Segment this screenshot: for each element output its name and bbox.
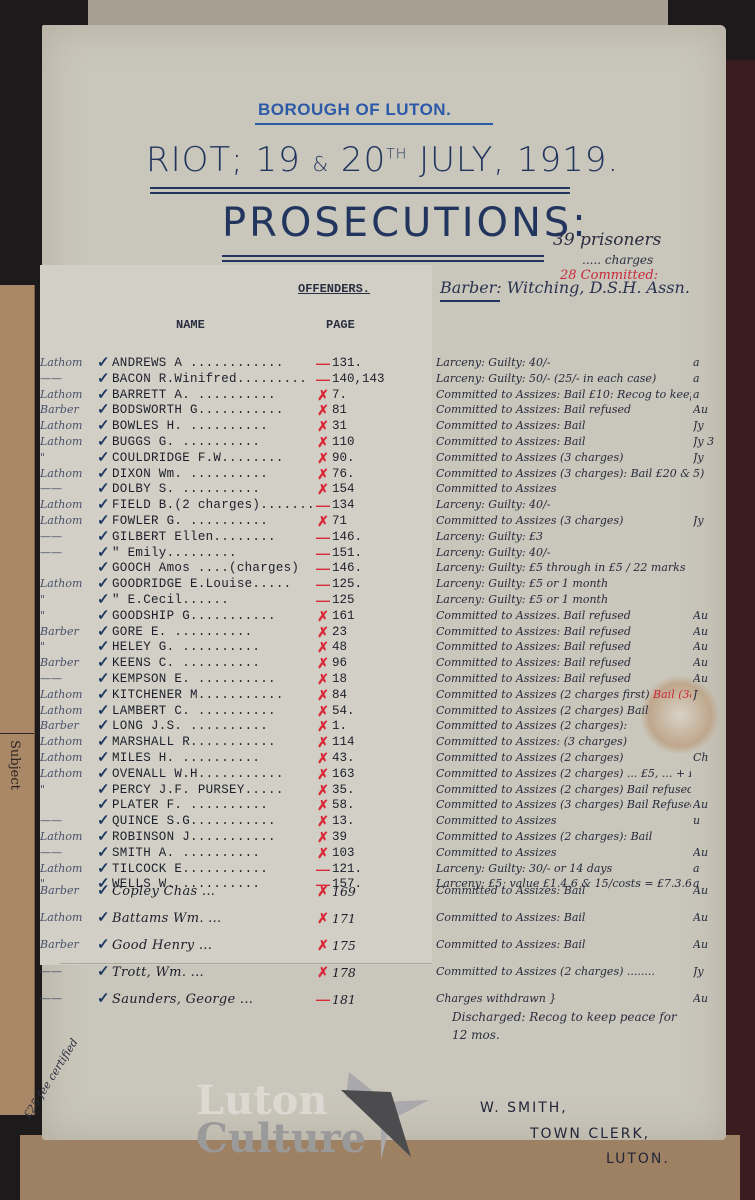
sentence-note: u bbox=[693, 814, 723, 827]
page-number: 146. bbox=[332, 530, 362, 544]
prosecutions-title: PROSECUTIONS: bbox=[222, 200, 589, 246]
case-result: Committed to Assizes (2 charges) .......… bbox=[436, 965, 691, 978]
case-result: Committed to Assizes (2 charges) bbox=[436, 751, 691, 764]
case-result: Committed to Assizes: Bail refused bbox=[436, 672, 691, 685]
sentence-note: Jy bbox=[693, 514, 723, 527]
checkmark-icon: ✓ bbox=[97, 577, 110, 591]
offender-name: PLATER F. .......... bbox=[112, 798, 268, 812]
table-row: Barber✓Copley Chas ...✗169Committed to A… bbox=[0, 884, 755, 900]
riot-title-sup: TH bbox=[386, 147, 407, 163]
offender-name: LONG J.S. .......... bbox=[112, 719, 268, 733]
sentence-note: Au bbox=[693, 625, 723, 638]
sentence-note: a bbox=[693, 862, 723, 875]
checkmark-icon: ✓ bbox=[97, 688, 110, 702]
result-text: Committed to Assizes: (3 charges) bbox=[436, 735, 627, 748]
sentence-note: Au bbox=[693, 798, 723, 811]
status-mark-icon: ✗ bbox=[316, 965, 330, 979]
prosecutor-margin-note: Lathom bbox=[40, 735, 96, 748]
result-text: Committed to Assizes (3 charges) Bail Re… bbox=[436, 798, 691, 811]
page-number: 18 bbox=[332, 672, 347, 686]
checkmark-icon: ✓ bbox=[97, 830, 110, 844]
status-mark-icon: ✗ bbox=[316, 911, 330, 925]
case-result: Committed to Assizes: Bail bbox=[436, 435, 691, 448]
checkmark-icon: ✓ bbox=[97, 609, 110, 623]
offender-name: FIELD B.(2 charges)....... bbox=[112, 498, 315, 512]
sentence-note: Au bbox=[693, 640, 723, 653]
status-mark-icon: — bbox=[316, 546, 330, 560]
prosecutor-margin-note: Lathom bbox=[40, 751, 96, 764]
sentence-note: Au bbox=[693, 403, 723, 416]
status-mark-icon: ✗ bbox=[316, 672, 330, 686]
offender-name: ANDREWS A ............ bbox=[112, 356, 284, 370]
prosecutor-margin-note: Lathom bbox=[40, 498, 96, 511]
offender-name: GILBERT Ellen........ bbox=[112, 530, 276, 544]
offender-name: Battams Wm. ... bbox=[112, 911, 221, 926]
offender-name: " E.Cecil...... bbox=[112, 593, 229, 607]
page-number: 131. bbox=[332, 356, 362, 370]
sentence-note: Au bbox=[693, 846, 723, 859]
case-result: Charges withdrawn } bbox=[436, 992, 691, 1005]
result-text: Committed to Assizes: Bail refused bbox=[436, 656, 631, 669]
heading-underline bbox=[255, 123, 493, 125]
checkmark-icon: ✓ bbox=[97, 672, 110, 686]
checkmark-icon: ✓ bbox=[97, 862, 110, 876]
prosecutor-margin-note: Lathom bbox=[40, 911, 96, 924]
status-mark-icon: — bbox=[316, 530, 330, 544]
table-row: ✓PLATER F. ..........✗58.Committed to As… bbox=[0, 798, 755, 814]
offender-name: GOODSHIP G........... bbox=[112, 609, 276, 623]
result-text: Larceny: Guilty: 50/- (25/- in each case… bbox=[436, 372, 656, 385]
riot-title: RIOT; 19 & 20TH JULY, 1919. bbox=[146, 140, 619, 180]
prosecutor-margin-note: —— bbox=[40, 372, 96, 385]
result-red-note: Bail (38/-) bbox=[650, 688, 691, 701]
prosecutor-margin-note: Barber bbox=[40, 656, 96, 669]
result-text: Committed to Assizes (2 charges) .......… bbox=[436, 965, 655, 978]
status-mark-icon: ✗ bbox=[316, 388, 330, 402]
table-row: ——✓KEMPSON E. ..........✗18Committed to … bbox=[0, 672, 755, 688]
prisoners-count-note: 39 prisoners bbox=[553, 230, 661, 250]
result-text: Committed to Assizes bbox=[436, 482, 557, 495]
status-mark-icon: ✗ bbox=[316, 830, 330, 844]
barber-note: Barber: Witching, D.S.H. Assn. bbox=[440, 278, 690, 297]
case-result: Committed to Assizes: (3 charges) bbox=[436, 735, 691, 748]
case-result: Larceny: Guilty: £3 bbox=[436, 530, 691, 543]
checkmark-icon: ✓ bbox=[97, 656, 110, 670]
page-number: 48 bbox=[332, 640, 347, 654]
sentence-note: Au bbox=[693, 656, 723, 669]
prosecutions-rule-2 bbox=[222, 260, 544, 262]
result-text: Larceny: Guilty: £5 or 1 month bbox=[436, 593, 608, 606]
prosecutor-margin-note: " bbox=[40, 593, 96, 606]
checkmark-icon: ✓ bbox=[97, 798, 110, 812]
page-number: 163 bbox=[332, 767, 355, 781]
table-row: Barber✓BODSWORTH G...........✗81Committe… bbox=[0, 403, 755, 419]
prosecutor-margin-note: Barber bbox=[40, 403, 96, 416]
status-mark-icon: ✗ bbox=[316, 767, 330, 781]
offender-name: " Emily......... bbox=[112, 546, 237, 560]
signature-title: TOWN CLERK, bbox=[530, 1126, 650, 1142]
status-mark-icon: ✗ bbox=[316, 751, 330, 765]
case-result: Committed to Assizes (3 charges) Bail Re… bbox=[436, 798, 691, 811]
prosecutions-rule-1 bbox=[222, 255, 544, 257]
riot-title-main: RIOT; 19 bbox=[146, 140, 313, 180]
result-text: Committed to Assizes (2 charges) Bail bbox=[436, 704, 649, 717]
case-result: Larceny: Guilty: 30/- or 14 days bbox=[436, 862, 691, 875]
status-mark-icon: ✗ bbox=[316, 719, 330, 733]
checkmark-icon: ✓ bbox=[97, 783, 110, 797]
checkmark-icon: ✓ bbox=[97, 846, 110, 860]
offender-name: Trott, Wm. ... bbox=[112, 965, 204, 980]
case-result: Committed to Assizes: Bail refused bbox=[436, 625, 691, 638]
title-rule-2 bbox=[150, 192, 570, 194]
checkmark-icon: ✓ bbox=[97, 767, 110, 781]
status-mark-icon: — bbox=[316, 356, 330, 370]
case-result: Committed to Assizes bbox=[436, 846, 691, 859]
table-row: Lathom✓GOODRIDGE E.Louise.....—125.Larce… bbox=[0, 577, 755, 593]
sentence-note: a bbox=[693, 372, 723, 385]
fold-line bbox=[60, 963, 432, 964]
signature-name: W. SMITH, bbox=[480, 1100, 568, 1116]
case-result: Larceny: Guilty: £5 through in £5 / 22 m… bbox=[436, 561, 691, 574]
page-number: 1. bbox=[332, 719, 347, 733]
riot-title-amp: & bbox=[313, 152, 330, 176]
offender-name: SMITH A. .......... bbox=[112, 846, 260, 860]
case-result: Larceny: Guilty: £5 or 1 month bbox=[436, 577, 691, 590]
case-result: Committed to Assizes: Bail refused bbox=[436, 403, 691, 416]
status-mark-icon: — bbox=[316, 862, 330, 876]
case-result: Committed to Assizes (2 charges) Bail re… bbox=[436, 783, 691, 796]
status-mark-icon: — bbox=[316, 593, 330, 607]
checkmark-icon: ✓ bbox=[97, 704, 110, 718]
result-text: Committed to Assizes (3 charges): Bail £… bbox=[436, 467, 691, 480]
case-result: Committed to Assizes (2 charges): bbox=[436, 719, 691, 732]
page-number: 171 bbox=[332, 911, 356, 926]
table-row: ——✓SMITH A. ..........✗103Committed to A… bbox=[0, 846, 755, 862]
prosecutor-margin-note: " bbox=[40, 451, 96, 464]
case-result: Committed to Assizes (2 charges first) B… bbox=[436, 688, 691, 701]
offender-name: Saunders, George ... bbox=[112, 992, 253, 1007]
prosecutor-margin-note: —— bbox=[40, 814, 96, 827]
page-number: 96 bbox=[332, 656, 347, 670]
table-row: ——✓GILBERT Ellen........—146.Larceny: Gu… bbox=[0, 530, 755, 546]
offender-name: GORE E. .......... bbox=[112, 625, 252, 639]
prosecutor-margin-note: Lathom bbox=[40, 830, 96, 843]
status-mark-icon: ✗ bbox=[316, 938, 330, 952]
star-logo-icon bbox=[341, 1062, 431, 1162]
table-row: Barber✓KEENS C. ..........✗96Committed t… bbox=[0, 656, 755, 672]
page-number: 169 bbox=[332, 884, 356, 899]
status-mark-icon: — bbox=[316, 992, 330, 1006]
page-number: 23 bbox=[332, 625, 347, 639]
checkmark-icon: ✓ bbox=[97, 625, 110, 639]
status-mark-icon: ✗ bbox=[316, 514, 330, 528]
page-number: 76. bbox=[332, 467, 355, 481]
case-result: Committed to Assizes bbox=[436, 814, 691, 827]
table-row: ✓GOOCH Amos ....(charges)—146.Larceny: G… bbox=[0, 561, 755, 577]
case-result: Committed to Assizes (3 charges) bbox=[436, 451, 691, 464]
checkmark-icon: ✓ bbox=[97, 498, 110, 512]
table-row: "✓" E.Cecil......—125Larceny: Guilty: £5… bbox=[0, 593, 755, 609]
prosecutor-margin-note: Lathom bbox=[40, 419, 96, 432]
table-row: ——✓DOLBY S. ..........✗154Committed to A… bbox=[0, 482, 755, 498]
page-number: 140,143 bbox=[332, 372, 385, 386]
result-text: Charges withdrawn } bbox=[436, 992, 556, 1005]
result-text: Committed to Assizes (2 charges): Bail bbox=[436, 830, 652, 843]
table-row: Lathom✓BUGGS G. ..........✗110Committed … bbox=[0, 435, 755, 451]
prosecutor-margin-note: " bbox=[40, 783, 96, 796]
result-text: Committed to Assizes: Bail refused bbox=[436, 640, 631, 653]
status-mark-icon: ✗ bbox=[316, 482, 330, 496]
offender-name: BODSWORTH G........... bbox=[112, 403, 284, 417]
result-text: Committed to Assizes (3 charges) bbox=[436, 514, 623, 527]
page-number: 7. bbox=[332, 388, 347, 402]
result-text: Larceny: Guilty: £5 or 1 month bbox=[436, 577, 608, 590]
status-mark-icon: ✗ bbox=[316, 846, 330, 860]
checkmark-icon: ✓ bbox=[97, 451, 110, 465]
status-mark-icon: ✗ bbox=[316, 467, 330, 481]
page-number: 90. bbox=[332, 451, 355, 465]
status-mark-icon: ✗ bbox=[316, 783, 330, 797]
offender-name: DIXON Wm. .......... bbox=[112, 467, 268, 481]
result-text: Committed to Assizes (3 charges) bbox=[436, 451, 623, 464]
checkmark-icon: ✓ bbox=[97, 911, 110, 925]
result-text: Committed to Assizes: Bail bbox=[436, 911, 585, 924]
status-mark-icon: ✗ bbox=[316, 419, 330, 433]
page-number: 39 bbox=[332, 830, 347, 844]
offender-name: GOOCH Amos ....(charges) bbox=[112, 561, 299, 575]
offender-name: COULDRIDGE F.W........ bbox=[112, 451, 284, 465]
table-row: Lathom✓FOWLER G. ..........✗71Committed … bbox=[0, 514, 755, 530]
offender-name: QUINCE S.G........... bbox=[112, 814, 276, 828]
result-text: Committed to Assizes: Bail refused bbox=[436, 625, 631, 638]
status-mark-icon: ✗ bbox=[316, 451, 330, 465]
offender-name: MARSHALL R........... bbox=[112, 735, 276, 749]
prosecutor-margin-note: Lathom bbox=[40, 514, 96, 527]
offender-name: DOLBY S. .......... bbox=[112, 482, 260, 496]
prosecutor-margin-note: " bbox=[40, 609, 96, 622]
result-text: Committed to Assizes: Bail bbox=[436, 884, 585, 897]
case-result: Larceny: Guilty: 50/- (25/- in each case… bbox=[436, 372, 691, 385]
case-result: Committed to Assizes: Bail £10: Recog to… bbox=[436, 388, 691, 401]
status-mark-icon: — bbox=[316, 372, 330, 386]
prosecutor-margin-note: Lathom bbox=[40, 688, 96, 701]
offender-name: PERCY J.F. PURSEY..... bbox=[112, 783, 284, 797]
prosecutor-margin-note: Lathom bbox=[40, 577, 96, 590]
table-row: Lathom✓MARSHALL R...........✗114Committe… bbox=[0, 735, 755, 751]
page-number: 103 bbox=[332, 846, 355, 860]
result-text: Larceny: Guilty: 40/- bbox=[436, 546, 550, 559]
status-mark-icon: ✗ bbox=[316, 656, 330, 670]
offenders-heading: OFFENDERS. bbox=[298, 282, 370, 296]
page-number: 13. bbox=[332, 814, 355, 828]
offender-name: BARRETT A. .......... bbox=[112, 388, 276, 402]
case-result: Larceny: Guilty: 40/- bbox=[436, 498, 691, 511]
checkmark-icon: ✓ bbox=[97, 992, 110, 1006]
result-text: Committed to Assizes (2 charges) ... £5,… bbox=[436, 767, 691, 780]
prosecutor-margin-note: —— bbox=[40, 546, 96, 559]
sentence-note: Ch bbox=[693, 751, 723, 764]
case-result: Larceny: Guilty: 40/- bbox=[436, 546, 691, 559]
page-number: 181 bbox=[332, 992, 356, 1007]
checkmark-icon: ✓ bbox=[97, 593, 110, 607]
case-result: Larceny: Guilty: £5 or 1 month bbox=[436, 593, 691, 606]
checkmark-icon: ✓ bbox=[97, 372, 110, 386]
offender-name: ROBINSON J........... bbox=[112, 830, 276, 844]
offender-name: KEMPSON E. .......... bbox=[112, 672, 276, 686]
checkmark-icon: ✓ bbox=[97, 356, 110, 370]
status-mark-icon: — bbox=[316, 577, 330, 591]
table-row: Lathom✓Battams Wm. ...✗171Committed to A… bbox=[0, 911, 755, 927]
table-row: Lathom✓FIELD B.(2 charges).......—134Lar… bbox=[0, 498, 755, 514]
offender-name: OVENALL W.H........... bbox=[112, 767, 284, 781]
sentence-note: a bbox=[693, 388, 723, 401]
prosecutor-margin-note: Lathom bbox=[40, 862, 96, 875]
sentence-note: Au bbox=[693, 992, 723, 1005]
status-mark-icon: ✗ bbox=[316, 688, 330, 702]
page-number: 43. bbox=[332, 751, 355, 765]
table-row: Lathom✓OVENALL W.H...........✗163Committ… bbox=[0, 767, 755, 783]
status-mark-icon: ✗ bbox=[316, 798, 330, 812]
result-text: Larceny: Guilty: 40/- bbox=[436, 498, 550, 511]
page-number: 146. bbox=[332, 561, 362, 575]
offender-name: HELEY G. .......... bbox=[112, 640, 260, 654]
riot-title-day: 20 bbox=[329, 140, 386, 180]
checkmark-icon: ✓ bbox=[97, 419, 110, 433]
result-text: Larceny: Guilty: £3 bbox=[436, 530, 543, 543]
offender-name: MILES H. .......... bbox=[112, 751, 260, 765]
result-text: Committed to Assizes (2 charges) Bail re… bbox=[436, 783, 691, 796]
sentence-note: Au bbox=[693, 672, 723, 685]
prosecutor-margin-note: —— bbox=[40, 992, 96, 1005]
prosecutor-margin-note: " bbox=[40, 640, 96, 653]
prosecutor-margin-note: —— bbox=[40, 530, 96, 543]
sentence-note: a bbox=[693, 356, 723, 369]
page-number: 175 bbox=[332, 938, 356, 953]
signature-place: LUTON. bbox=[606, 1151, 670, 1167]
case-result: Committed to Assizes (2 charges) Bail bbox=[436, 704, 691, 717]
result-text: Committed to Assizes: Bail bbox=[436, 938, 585, 951]
page-number: 81 bbox=[332, 403, 347, 417]
table-row: Lathom✓BARRETT A. ..........✗7.Committed… bbox=[0, 388, 755, 404]
page-number: 114 bbox=[332, 735, 355, 749]
checkmark-icon: ✓ bbox=[97, 719, 110, 733]
page-number: 154 bbox=[332, 482, 355, 496]
case-result: Committed to Assizes. Bail refused bbox=[436, 609, 691, 622]
prosecutor-margin-note: Lathom bbox=[40, 767, 96, 780]
checkmark-icon: ✓ bbox=[97, 514, 110, 528]
riot-title-date: JULY, 1919. bbox=[407, 140, 619, 180]
result-text: Committed to Assizes (2 charges) bbox=[436, 751, 623, 764]
table-row: Lathom✓KITCHENER M...........✗84Committe… bbox=[0, 688, 755, 704]
case-result: Committed to Assizes (3 charges): Bail £… bbox=[436, 467, 691, 480]
table-row: Lathom✓ROBINSON J...........✗39Committed… bbox=[0, 830, 755, 846]
prosecutor-margin-note: —— bbox=[40, 482, 96, 495]
table-row: Barber✓Good Henry ...✗175Committed to As… bbox=[0, 938, 755, 954]
result-text: Committed to Assizes bbox=[436, 814, 557, 827]
table-row: "✓HELEY G. ..........✗48Committed to Ass… bbox=[0, 640, 755, 656]
prosecutor-margin-note: Barber bbox=[40, 884, 96, 897]
page-number: 125 bbox=[332, 593, 355, 607]
table-row: Lathom✓MILES H. ..........✗43.Committed … bbox=[0, 751, 755, 767]
status-mark-icon: ✗ bbox=[316, 625, 330, 639]
prosecutor-margin-note: Barber bbox=[40, 719, 96, 732]
sentence-note: Jy bbox=[693, 419, 723, 432]
page-number: 161 bbox=[332, 609, 355, 623]
prosecutor-margin-note: —— bbox=[40, 846, 96, 859]
page-column-header: PAGE bbox=[326, 318, 355, 332]
offender-name: KEENS C. .......... bbox=[112, 656, 260, 670]
offender-name: FOWLER G. .......... bbox=[112, 514, 268, 528]
prosecutor-margin-note: Lathom bbox=[40, 704, 96, 717]
sentence-note: Jy 3 bbox=[693, 435, 723, 448]
sentence-note: Au bbox=[693, 609, 723, 622]
checkmark-icon: ✓ bbox=[97, 640, 110, 654]
status-mark-icon: ✗ bbox=[316, 609, 330, 623]
status-mark-icon: ✗ bbox=[316, 640, 330, 654]
prosecutor-margin-note: —— bbox=[40, 965, 96, 978]
result-text: Committed to Assizes: Bail refused bbox=[436, 672, 631, 685]
result-text: Committed to Assizes (2 charges first) bbox=[436, 688, 650, 701]
table-row: ——✓Trott, Wm. ...✗178Committed to Assize… bbox=[0, 965, 755, 981]
case-result: Committed to Assizes: Bail bbox=[436, 938, 691, 951]
barber-underline bbox=[440, 300, 500, 302]
table-row: "✓COULDRIDGE F.W........✗90.Committed to… bbox=[0, 451, 755, 467]
sentence-note: Jy bbox=[693, 451, 723, 464]
result-text: Committed to Assizes: Bail £10: Recog to… bbox=[436, 388, 691, 401]
page-number: 125. bbox=[332, 577, 362, 591]
prosecutor-margin-note: Lathom bbox=[40, 435, 96, 448]
result-text: Larceny: Guilty: £5 through in £5 / 22 m… bbox=[436, 561, 685, 574]
checkmark-icon: ✓ bbox=[97, 735, 110, 749]
offender-name: Good Henry ... bbox=[112, 938, 212, 953]
page-number: 31 bbox=[332, 419, 347, 433]
page-number: 84 bbox=[332, 688, 347, 702]
table-row: Barber✓LONG J.S. ..........✗1.Committed … bbox=[0, 719, 755, 735]
result-text: Committed to Assizes (2 charges): bbox=[436, 719, 627, 732]
table-row: ——✓Saunders, George ...—181Charges withd… bbox=[0, 992, 755, 1008]
offender-name: GOODRIDGE E.Louise..... bbox=[112, 577, 291, 591]
prosecutor-margin-note: Barber bbox=[40, 938, 96, 951]
title-rule-1 bbox=[150, 187, 570, 189]
page-number: 54. bbox=[332, 704, 355, 718]
page-number: 151. bbox=[332, 546, 362, 560]
prosecutor-margin-note: Barber bbox=[40, 625, 96, 638]
status-mark-icon: — bbox=[316, 498, 330, 512]
checkmark-icon: ✓ bbox=[97, 435, 110, 449]
checkmark-icon: ✓ bbox=[97, 546, 110, 560]
page-number: 121. bbox=[332, 862, 362, 876]
checkmark-icon: ✓ bbox=[97, 814, 110, 828]
prosecutor-margin-note: Lathom bbox=[40, 388, 96, 401]
page-number: 35. bbox=[332, 783, 355, 797]
checkmark-icon: ✓ bbox=[97, 938, 110, 952]
sentence-note: Au bbox=[693, 938, 723, 951]
table-row: Lathom✓ANDREWS A ............—131.Larcen… bbox=[0, 356, 755, 372]
table-row: Lathom✓BOWLES H. ..........✗31Committed … bbox=[0, 419, 755, 435]
checkmark-icon: ✓ bbox=[97, 965, 110, 979]
status-mark-icon: ✗ bbox=[316, 403, 330, 417]
checkmark-icon: ✓ bbox=[97, 561, 110, 575]
sentence-note: J bbox=[693, 688, 723, 701]
checkmark-icon: ✓ bbox=[97, 751, 110, 765]
result-text: Committed to Assizes bbox=[436, 846, 557, 859]
table-row: "✓PERCY J.F. PURSEY.....✗35.Committed to… bbox=[0, 783, 755, 799]
page-number: 110 bbox=[332, 435, 355, 449]
offender-name: BACON R.Winifred......... bbox=[112, 372, 307, 386]
case-result: Committed to Assizes bbox=[436, 482, 691, 495]
case-result: Committed to Assizes: Bail refused bbox=[436, 640, 691, 653]
checkmark-icon: ✓ bbox=[97, 482, 110, 496]
